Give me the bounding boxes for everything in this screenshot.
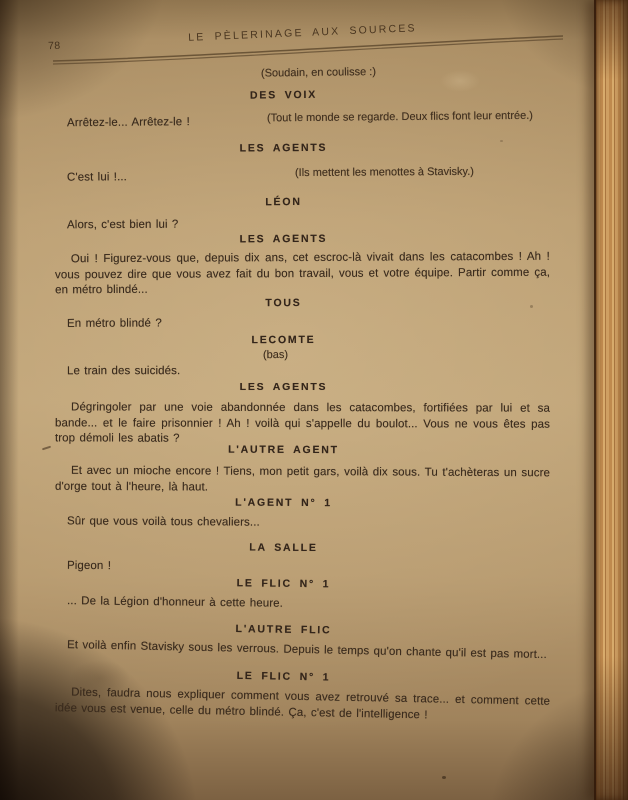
speaker-heading: LES AGENTS <box>55 140 550 156</box>
dialogue-line: ... De la Légion d'honneur à cette heure… <box>55 594 550 616</box>
dialogue-line: Alors, c'est bien lui ? <box>55 216 550 234</box>
speaker-heading: TOUS <box>55 296 550 310</box>
dialogue-line: Sûr que vous voilà tous chevaliers... <box>55 514 550 533</box>
dialogue-paragraph: Dites, faudra nous expliquer comment vou… <box>55 685 551 725</box>
dialogue-line: Le train des suicidés. <box>55 364 550 380</box>
inline-stage-direction: (Ils mettent les menottes à Stavisky.) <box>295 166 474 179</box>
speaker-heading: DES VOIX <box>55 86 550 104</box>
inline-stage-direction: (Tout le monde se regarde. Deux flics fo… <box>267 110 533 125</box>
dialogue-paragraph: Dégringoler par une voie abandonnée dans… <box>55 400 550 448</box>
dialogue-paragraph: Oui ! Figurez-vous que, depuis dix ans, … <box>55 250 550 299</box>
speaker-heading: L'AUTRE AGENT <box>55 443 550 457</box>
speaker-heading: LES AGENTS <box>55 381 550 393</box>
speaker-heading: L'AGENT N° 1 <box>55 495 550 510</box>
dialogue-row: Arrêtez-le... Arrêtez-le ! (Tout le mond… <box>55 109 550 130</box>
speaker-heading: LÉON <box>55 194 550 209</box>
speaker-heading: LA SALLE <box>55 540 550 556</box>
dialogue-row: C'est lui !... (Ils mettent les menottes… <box>55 164 550 183</box>
dialogue-line: Et voilà enfin Stavisky sous les verrous… <box>55 638 550 664</box>
book-fore-edge <box>594 0 628 800</box>
dialogue-line: En métro blindé ? <box>55 315 550 332</box>
speaker-heading: L'AUTRE FLIC <box>55 620 550 639</box>
stage-direction: (Soudain, en coulisse :) <box>55 64 550 83</box>
speaker-heading: LE FLIC N° 1 <box>55 667 550 688</box>
paper-mark <box>42 446 51 451</box>
running-title: LE PÈLERINAGE AUX SOURCES <box>55 17 550 50</box>
speaker-heading: LECOMTE <box>55 333 550 346</box>
stage-direction: (bas) <box>55 349 550 362</box>
paper-speck <box>442 776 446 779</box>
dialogue-line: C'est lui !... <box>55 171 127 184</box>
paper-speck <box>500 140 503 142</box>
paper-speck <box>530 305 533 308</box>
book-page-photo: 78 LE PÈLERINAGE AUX SOURCES (Soudain, e… <box>0 0 628 800</box>
dialogue-line: Arrêtez-le... Arrêtez-le ! <box>55 116 190 129</box>
dialogue-paragraph: Et avec un mioche encore ! Tiens, mon pe… <box>55 464 550 498</box>
speaker-heading: LES AGENTS <box>55 232 550 247</box>
